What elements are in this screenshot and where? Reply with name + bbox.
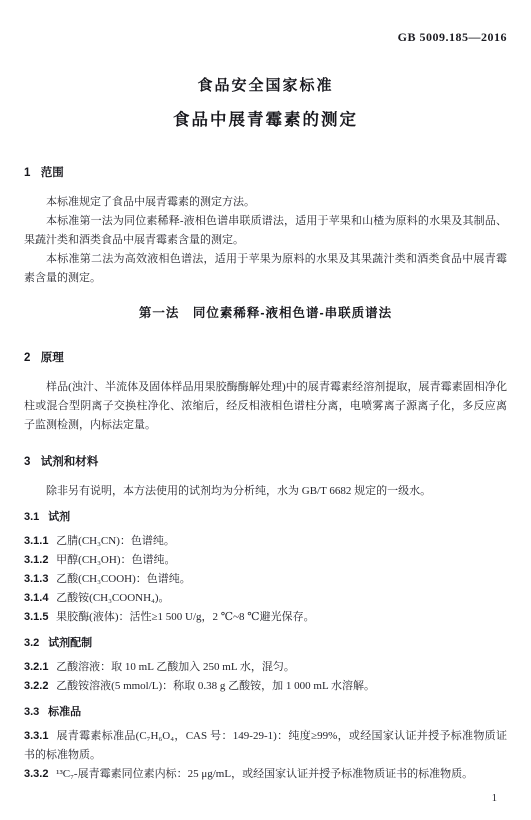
section-number: 2	[24, 351, 30, 365]
scope-paragraph-2: 本标准第一法为同位素稀释-液相色谱串联质谱法，适用于苹果和山楂为原料的水果及其制…	[24, 212, 507, 250]
clause-number: 3.2.2	[24, 677, 48, 696]
section-1-heading: 1范围	[24, 166, 507, 180]
clause-text: 果胶酶(液体)：活性≥1 500 U/g，2 ℃~8 ℃避光保存。	[56, 611, 314, 623]
clause-text: 乙酸(CH₃COOH)：色谱纯。	[56, 573, 191, 585]
clause-item: 3.1.4乙酸铵(CH₃COONH₄)。	[24, 589, 507, 608]
page-number: 1	[492, 793, 497, 804]
standard-type-title: 食品安全国家标准	[24, 77, 507, 95]
clause-number: 3.1.1	[24, 532, 48, 551]
clause-number: 3.3.2	[24, 765, 48, 784]
subsection-label: 试剂	[48, 511, 70, 523]
scope-paragraph-3: 本标准第二法为高效液相色谱法，适用于苹果为原料的水果及其果蔬汁类和酒类食品中展青…	[24, 250, 507, 288]
subsection-number: 3.3	[24, 705, 39, 719]
section-label: 试剂和材料	[41, 456, 99, 468]
scope-paragraph-1: 本标准规定了食品中展青霉素的测定方法。	[24, 193, 507, 212]
clause-number: 3.2.1	[24, 658, 48, 677]
clause-number: 3.3.1	[24, 727, 48, 746]
clause-text: ¹³C₇-展青霉素同位素内标：25 μg/mL，或经国家认证并授予标准物质证书的…	[56, 768, 473, 780]
clause-item: 3.1.1乙腈(CH₃CN)：色谱纯。	[24, 532, 507, 551]
section-3-heading: 3试剂和材料	[24, 455, 507, 469]
clause-text: 甲醇(CH₃OH)：色谱纯。	[56, 554, 175, 566]
standard-code: GB 5009.185—2016	[24, 30, 507, 44]
clause-number: 3.1.4	[24, 589, 48, 608]
clause-text: 乙酸溶液：取 10 mL 乙酸加入 250 mL 水，混匀。	[56, 661, 295, 673]
clause-number: 3.1.2	[24, 551, 48, 570]
method-1-title: 第一法 同位素稀释-液相色谱-串联质谱法	[24, 305, 507, 321]
reagents-intro-paragraph: 除非另有说明，本方法使用的试剂均为分析纯，水为 GB/T 6682 规定的一级水…	[24, 482, 507, 501]
document-title: 食品中展青霉素的测定	[24, 110, 507, 130]
standards-clause-list: 3.3.1展青霉素标准品(C₇H₆O₄，CAS 号：149-29-1)：纯度≥9…	[24, 727, 507, 784]
subsection-number: 3.2	[24, 636, 39, 650]
clause-item: 3.1.5果胶酶(液体)：活性≥1 500 U/g，2 ℃~8 ℃避光保存。	[24, 608, 507, 627]
section-2-heading: 2原理	[24, 351, 507, 365]
preparation-clause-list: 3.2.1乙酸溶液：取 10 mL 乙酸加入 250 mL 水，混匀。 3.2.…	[24, 658, 507, 696]
document-page: GB 5009.185—2016 食品安全国家标准 食品中展青霉素的测定 1范围…	[0, 0, 531, 820]
section-label: 范围	[41, 167, 64, 179]
section-number: 1	[24, 166, 30, 180]
clause-text: 乙酸铵溶液(5 mmol/L)：称取 0.38 g 乙酸铵，加 1 000 mL…	[56, 680, 375, 692]
clause-number: 3.1.5	[24, 608, 48, 627]
subsection-3-1-heading: 3.1试剂	[24, 510, 507, 524]
clause-text: 展青霉素标准品(C₇H₆O₄，CAS 号：149-29-1)：纯度≥99%，或经…	[24, 730, 507, 761]
clause-text: 乙腈(CH₃CN)：色谱纯。	[56, 535, 175, 547]
subsection-label: 标准品	[48, 706, 81, 718]
clause-text: 乙酸铵(CH₃COONH₄)。	[56, 592, 169, 604]
subsection-label: 试剂配制	[48, 637, 92, 649]
clause-item: 3.3.2¹³C₇-展青霉素同位素内标：25 μg/mL，或经国家认证并授予标准…	[24, 765, 507, 784]
clause-number: 3.1.3	[24, 570, 48, 589]
section-label: 原理	[41, 352, 64, 364]
clause-item: 3.2.2乙酸铵溶液(5 mmol/L)：称取 0.38 g 乙酸铵，加 1 0…	[24, 677, 507, 696]
clause-item: 3.1.2甲醇(CH₃OH)：色谱纯。	[24, 551, 507, 570]
subsection-number: 3.1	[24, 510, 39, 524]
clause-item: 3.2.1乙酸溶液：取 10 mL 乙酸加入 250 mL 水，混匀。	[24, 658, 507, 677]
reagent-clause-list: 3.1.1乙腈(CH₃CN)：色谱纯。 3.1.2甲醇(CH₃OH)：色谱纯。 …	[24, 532, 507, 627]
subsection-3-2-heading: 3.2试剂配制	[24, 636, 507, 650]
section-number: 3	[24, 455, 30, 469]
clause-item: 3.3.1展青霉素标准品(C₇H₆O₄，CAS 号：149-29-1)：纯度≥9…	[24, 727, 507, 765]
subsection-3-3-heading: 3.3标准品	[24, 705, 507, 719]
principle-paragraph: 样品(浊汁、半流体及固体样品用果胶酶酶解处理)中的展青霉素经溶剂提取，展青霉素固…	[24, 378, 507, 435]
clause-item: 3.1.3乙酸(CH₃COOH)：色谱纯。	[24, 570, 507, 589]
